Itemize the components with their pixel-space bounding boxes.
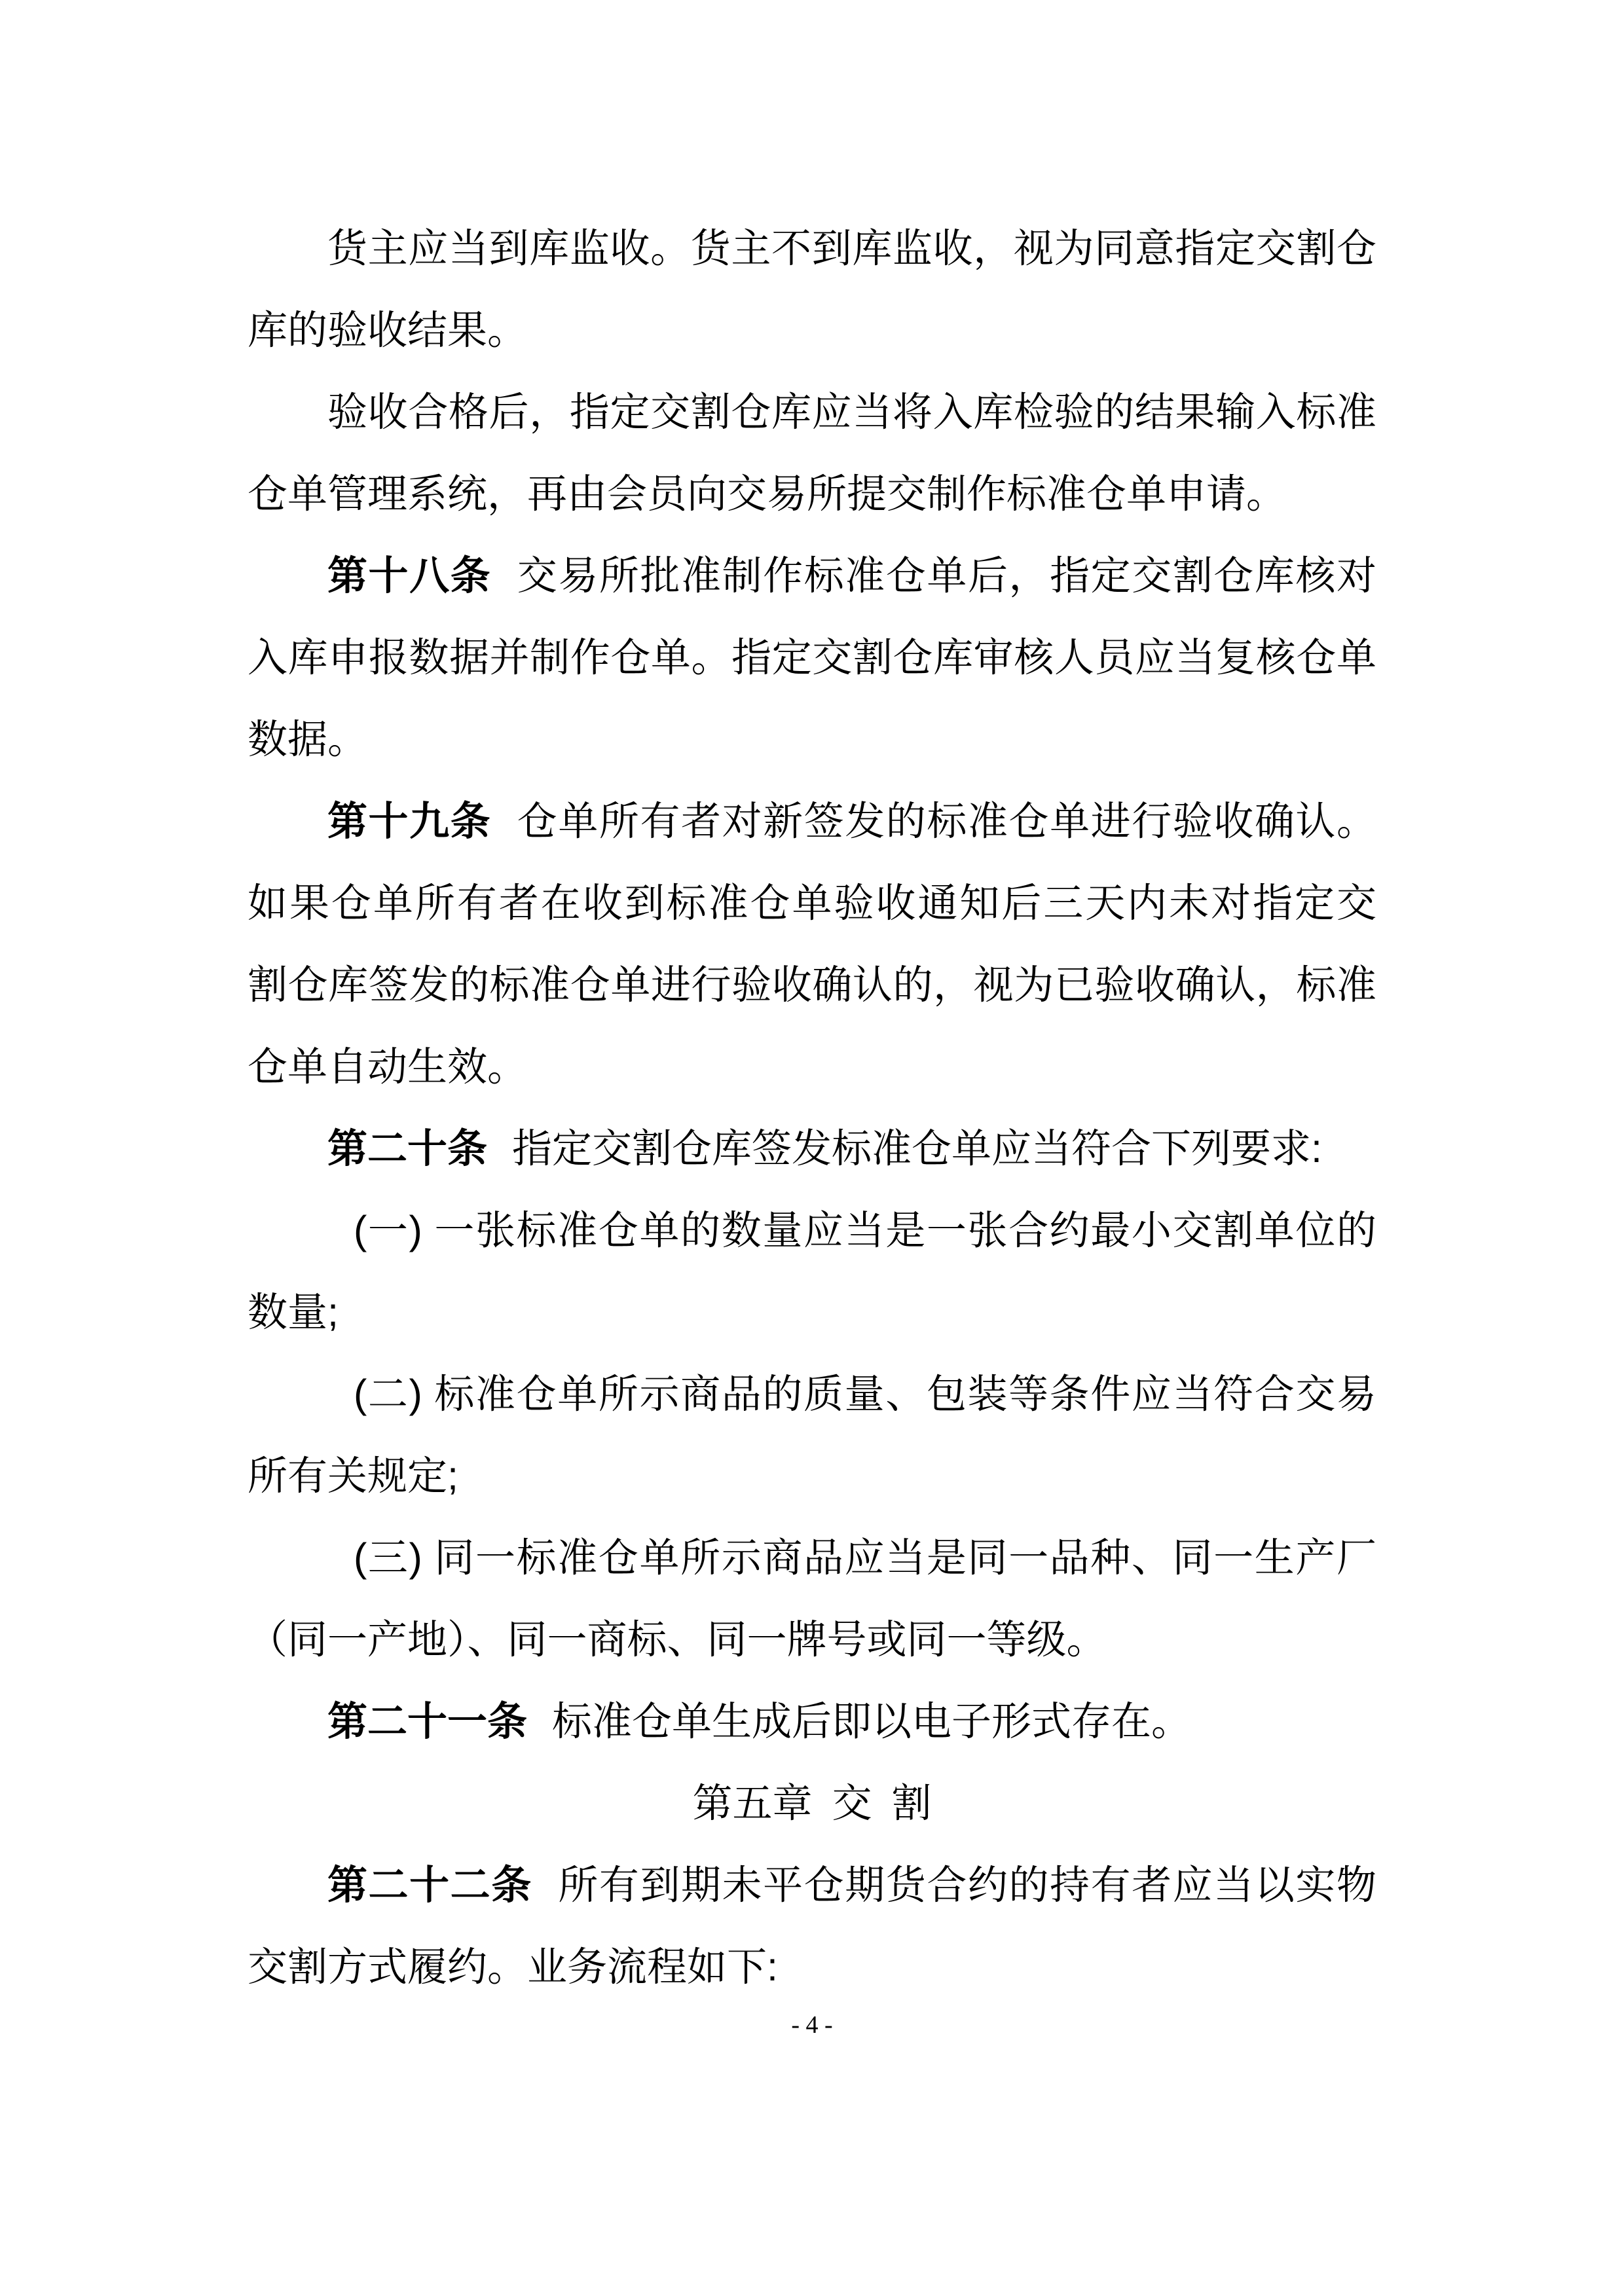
line-text: 仓单自动生效。 — [248, 1044, 527, 1089]
article-18-line: 第十八条交易所批准制作标准仓单后，指定交割仓库核对 — [327, 535, 1376, 617]
line-text: 标准仓单生成后即以电子形式存在。 — [552, 1699, 1191, 1743]
line-text: (一) 一张标准仓单的数量应当是一张合约最小交割单位的 — [354, 1208, 1376, 1252]
line-text: (三) 同一标准仓单所示商品应当是同一品种、同一生产厂 — [354, 1535, 1376, 1580]
line-text: 割仓库签发的标准仓单进行验收确认的，视为已验收确认，标准 — [248, 962, 1376, 1007]
paragraph-line: 验收合格后，指定交割仓库应当将入库检验的结果输入标准 — [327, 371, 1376, 453]
article-heading: 第二十条 — [327, 1126, 487, 1171]
line-text: 验收合格后，指定交割仓库应当将入库检验的结果输入标准 — [327, 390, 1376, 434]
article-heading: 第二十二条 — [327, 1863, 532, 1907]
article-22-line: 第二十二条所有到期未平仓期货合约的持有者应当以实物 — [327, 1844, 1376, 1926]
paragraph-line: 割仓库签发的标准仓单进行验收确认的，视为已验收确认，标准 — [248, 944, 1376, 1026]
line-text: (二) 标准仓单所示商品的质量、包装等条件应当符合交易 — [354, 1372, 1376, 1416]
chapter-title: 第五章交割 — [0, 1762, 1624, 1844]
line-text: 数据。 — [248, 717, 367, 761]
line-text: 仓单所有者对新签发的标准仓单进行验收确认。 — [516, 799, 1376, 843]
line-text: 仓单管理系统，再由会员向交易所提交制作标准仓单申请。 — [248, 471, 1286, 516]
paragraph-line: 仓单管理系统，再由会员向交易所提交制作标准仓单申请。 — [248, 453, 1376, 535]
line-text: （同一产地）、同一商标、同一牌号或同一等级。 — [248, 1617, 1107, 1662]
list-item-1-line: (一) 一张标准仓单的数量应当是一张合约最小交割单位的 — [354, 1190, 1376, 1271]
article-heading: 第二十一条 — [327, 1699, 527, 1743]
line-text: 所有到期未平仓期货合约的持有者应当以实物 — [557, 1863, 1376, 1907]
paragraph-line: 数量; — [248, 1271, 1376, 1353]
line-text: 所有关规定; — [248, 1453, 458, 1498]
line-text: 库的验收结果。 — [248, 308, 527, 352]
chapter-name-char-2: 割 — [892, 1781, 932, 1825]
list-item-2-line: (二) 标准仓单所示商品的质量、包装等条件应当符合交易 — [354, 1353, 1376, 1435]
paragraph-line: 如果仓单所有者在收到标准仓单验收通知后三天内未对指定交 — [248, 862, 1376, 944]
line-text: 如果仓单所有者在收到标准仓单验收通知后三天内未对指定交 — [248, 881, 1376, 925]
line-text: 入库申报数据并制作仓单。指定交割仓库审核人员应当复核仓单 — [248, 635, 1376, 680]
article-20-line: 第二十条指定交割仓库签发标准仓单应当符合下列要求: — [327, 1108, 1376, 1190]
line-text: 货主应当到库监收。货主不到库监收，视为同意指定交割仓 — [327, 226, 1376, 270]
article-19-line: 第十九条仓单所有者对新签发的标准仓单进行验收确认。 — [327, 780, 1376, 862]
paragraph-line: 仓单自动生效。 — [248, 1026, 1376, 1108]
paragraph-line: 库的验收结果。 — [248, 289, 1376, 371]
article-heading: 第十八条 — [327, 553, 491, 598]
paragraph-line: 数据。 — [248, 699, 1376, 780]
paragraph-line: 交割方式履约。业务流程如下: — [248, 1926, 1376, 2008]
article-21-line: 第二十一条标准仓单生成后即以电子形式存在。 — [327, 1681, 1376, 1762]
paragraph-line: 货主应当到库监收。货主不到库监收，视为同意指定交割仓 — [327, 208, 1376, 289]
chapter-number: 第五章 — [692, 1781, 812, 1825]
list-item-3-line: (三) 同一标准仓单所示商品应当是同一品种、同一生产厂 — [354, 1517, 1376, 1599]
line-text: 交易所批准制作标准仓单后，指定交割仓库核对 — [516, 553, 1376, 598]
line-text: 交割方式履约。业务流程如下: — [248, 1944, 778, 1989]
article-heading: 第十九条 — [327, 799, 491, 843]
line-text: 数量; — [248, 1290, 339, 1334]
page-number: - 4 - — [0, 2009, 1624, 2041]
paragraph-line: 所有关规定; — [248, 1435, 1376, 1517]
line-text: 指定交割仓库签发标准仓单应当符合下列要求: — [512, 1126, 1322, 1171]
document-page: 货主应当到库监收。货主不到库监收，视为同意指定交割仓 库的验收结果。 验收合格后… — [0, 0, 1624, 2296]
chapter-name-char-1: 交 — [832, 1781, 872, 1825]
paragraph-line: （同一产地）、同一商标、同一牌号或同一等级。 — [248, 1599, 1376, 1681]
paragraph-line: 入库申报数据并制作仓单。指定交割仓库审核人员应当复核仓单 — [248, 617, 1376, 699]
